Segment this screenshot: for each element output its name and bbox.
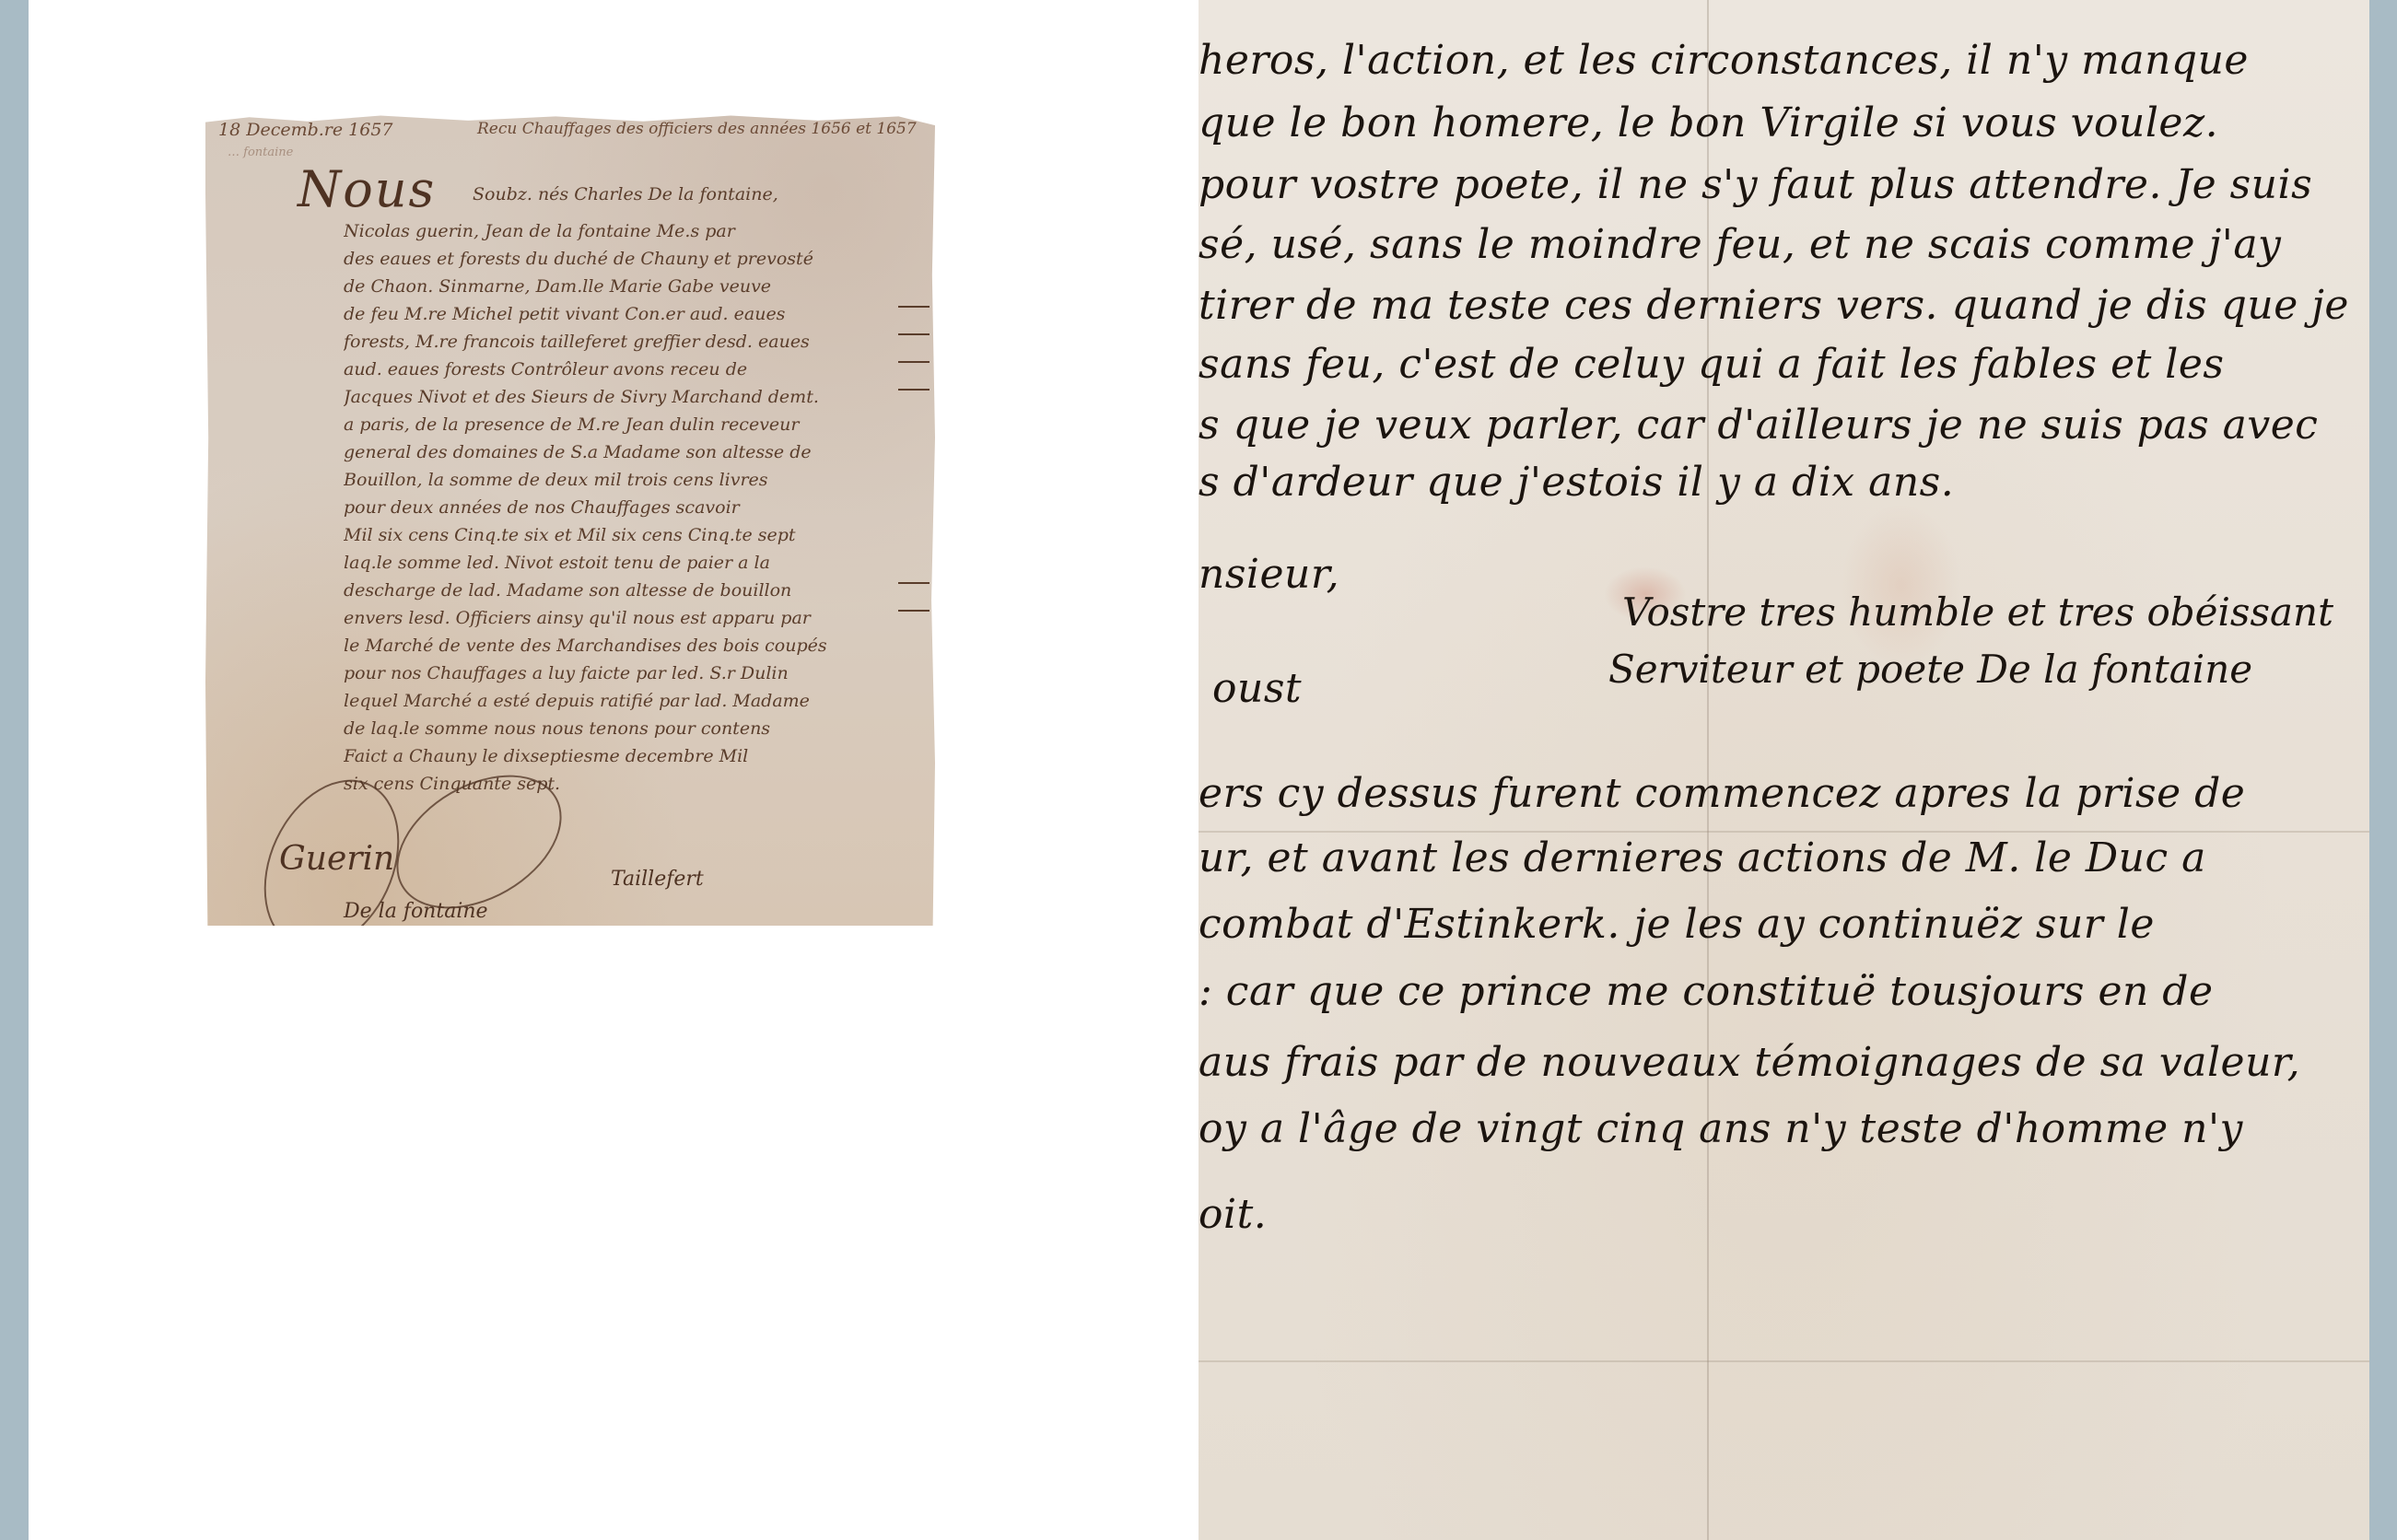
margin-dash	[898, 361, 930, 363]
paper-fold-horizontal	[1198, 1360, 2369, 1362]
letter-postscript-line: oy a l'âge de vingt cinq ans n'y teste d…	[1198, 1105, 2243, 1152]
deed-line: envers lesd. Officiers ainsy qu'il nous …	[344, 608, 915, 628]
deed-line: a paris, de la presence de M.re Jean dul…	[344, 414, 915, 435]
letter-line: sé, usé, sans le moindre feu, et ne scai…	[1198, 221, 2281, 268]
deed-line: Faict a Chauny le dixseptiesme decembre …	[344, 746, 915, 766]
deed-line: Soubz. nés Charles De la fontaine,	[473, 184, 915, 204]
deed-line: forests, M.re francois tailleferet greff…	[344, 332, 915, 352]
margin-dash	[898, 389, 930, 391]
deed-line: Bouillon, la somme de deux mil trois cen…	[344, 470, 915, 490]
deed-line: Mil six cens Cinq.te six et Mil six cens…	[344, 525, 915, 545]
left-border-bar	[0, 0, 29, 1540]
letter-postscript-line: aus frais par de nouveaux témoignages de…	[1198, 1039, 2300, 1086]
letter-postscript-line: combat d'Estinkerk. je les ay continuëz …	[1198, 901, 2155, 948]
letter-line: tirer de ma teste ces derniers vers. qua…	[1198, 282, 2349, 329]
deed-line: pour nos Chauffages a luy faicte par led…	[344, 663, 915, 683]
letter-postscript-line: oit.	[1198, 1191, 1267, 1238]
letter-salutation: nsieur,	[1198, 551, 1339, 598]
letter-postscript-line: ers cy dessus furent commencez apres la …	[1198, 770, 2245, 817]
letter-line: sans feu, c'est de celuy qui a fait les …	[1198, 341, 2224, 388]
deed-line: pour deux années de nos Chauffages scavo…	[344, 497, 915, 518]
deed-opening-word: Nous	[298, 160, 436, 218]
signature-guerin: Guerin	[279, 840, 394, 878]
deed-line: descharge de lad. Madame son altesse de …	[344, 580, 915, 601]
letter-line: pour vostre poete, il ne s'y faut plus a…	[1198, 161, 2312, 208]
letter-line: s que je veux parler, car d'ailleurs je …	[1198, 402, 2318, 449]
deed-line: general des domaines de S.a Madame son a…	[344, 442, 915, 462]
deed-line: de Chaon. Sinmarne, Dam.lle Marie Gabe v…	[344, 276, 915, 297]
letter-postscript-line: ur, et avant les dernieres actions de M.…	[1198, 834, 2206, 881]
margin-dash	[898, 582, 930, 584]
margin-dash	[898, 333, 930, 335]
deed-heading: Recu Chauffages des officiers des années…	[477, 120, 917, 138]
right-border-bar	[2369, 0, 2397, 1540]
letter-manuscript-image: heros, l'action, et les circonstances, i…	[1198, 0, 2369, 1540]
letter-line: heros, l'action, et les circonstances, i…	[1198, 37, 2249, 84]
deed-line: Nicolas guerin, Jean de la fontaine Me.s…	[344, 221, 915, 241]
deed-line: lequel Marché a esté depuis ratifié par …	[344, 691, 915, 711]
deed-date: 18 Decemb.re 1657	[218, 120, 393, 140]
deed-line: de laq.le somme nous nous tenons pour co…	[344, 718, 915, 739]
letter-closing-line-1: Vostre tres humble et tres obéissant	[1622, 589, 2333, 635]
deed-manuscript-image: 18 Decemb.re 1657 … fontaine Recu Chauff…	[205, 112, 935, 926]
margin-dash	[898, 610, 930, 612]
deed-line: six cens Cinquante sept.	[344, 774, 915, 794]
letter-line: que le bon homere, le bon Virgile si vou…	[1198, 99, 2218, 146]
letter-postscript-line: : car que ce prince me constituë tousjou…	[1198, 968, 2214, 1015]
deed-line: aud. eaues forests Contrôleur avons rece…	[344, 359, 915, 379]
deed-margin-note: … fontaine	[228, 146, 293, 159]
letter-line: s d'ardeur que j'estois il y a dix ans.	[1198, 459, 1954, 506]
margin-dash	[898, 306, 930, 308]
deed-line: de feu M.re Michel petit vivant Con.er a…	[344, 304, 915, 324]
deed-line: des eaues et forests du duché de Chauny …	[344, 249, 915, 269]
deed-line: laq.le somme led. Nivot estoit tenu de p…	[344, 553, 915, 573]
signature-taillefert: Taillefert	[611, 868, 704, 891]
signature-de-la-fontaine: De la fontaine	[344, 900, 488, 923]
paper-fold-horizontal	[1198, 831, 2369, 833]
letter-closing-line-2: Serviteur et poete De la fontaine	[1608, 647, 2252, 692]
deed-line: le Marché de vente des Marchandises des …	[344, 636, 915, 656]
deed-line: Jacques Nivot et des Sieurs de Sivry Mar…	[344, 387, 915, 407]
letter-date-fragment: oust	[1212, 665, 1302, 712]
